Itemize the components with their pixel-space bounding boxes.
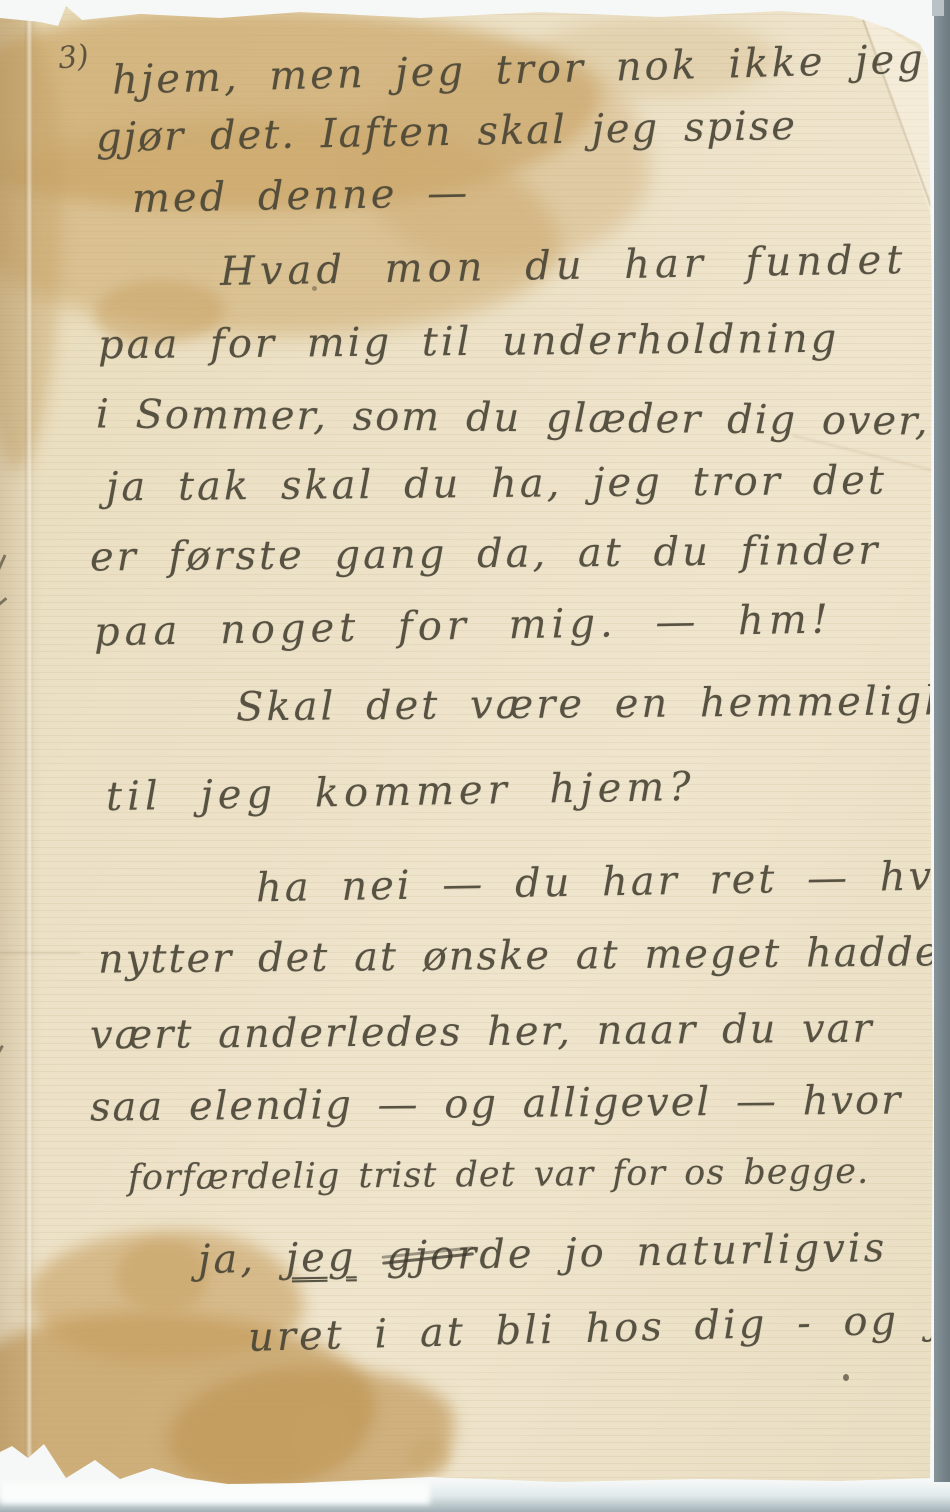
page-number: 3) bbox=[56, 38, 90, 76]
handwriting-line: paa for mig til underholdning bbox=[98, 319, 840, 365]
handwriting-line: i Sommer, som du glæder dig over, bbox=[96, 394, 930, 441]
scanner-bed-corner bbox=[932, 0, 944, 16]
handwriting-line: nytter det at ønske at meget hadde bbox=[98, 932, 941, 979]
scanner-bed-highlight bbox=[0, 1482, 430, 1504]
letter-page: 3) hjem, men jeg tror nok ikke jeg gjør … bbox=[0, 0, 936, 1492]
handwriting-line: forfærdelig trist det var for os begge. bbox=[128, 1155, 869, 1196]
handwriting-line: ha nei — du har ret — hvad bbox=[256, 856, 950, 909]
handwriting-line: ja tak skal du ha, jeg tror det bbox=[106, 461, 887, 508]
paper-stain-bottom-speck bbox=[408, 1438, 450, 1476]
left-edge-shadow bbox=[0, 0, 42, 1492]
scanned-letter-image: 3) hjem, men jeg tror nok ikke jeg gjør … bbox=[0, 0, 950, 1512]
handwriting-line: uret i at bli hos dig - og jeg bbox=[248, 1298, 950, 1358]
handwriting-line: med denne — bbox=[132, 173, 471, 219]
handwriting-line: Skal det være en hemmelighed bbox=[236, 681, 950, 728]
handwriting-line: gjør det. Iaften skal jeg spise bbox=[96, 106, 798, 158]
handwriting-word-overwritten: gjorde bbox=[386, 1234, 535, 1277]
vertical-fold-crease bbox=[25, 0, 33, 1492]
handwriting-word: jo naturligvis bbox=[564, 1225, 888, 1277]
handwriting-word-underlined: jeg bbox=[285, 1234, 356, 1281]
handwriting-line: saa elendig — og alligevel — hvor bbox=[90, 1080, 903, 1127]
scanner-bed-strip bbox=[934, 0, 950, 1512]
handwriting-word: ja, bbox=[198, 1236, 257, 1283]
paper-stain-bottom-left-3 bbox=[116, 1240, 208, 1312]
handwriting-line: vært anderledes her, naar du var bbox=[90, 1009, 874, 1056]
handwriting-line: paa noget for mig. — hm! bbox=[94, 600, 833, 653]
ink-dot bbox=[843, 1374, 849, 1381]
handwriting-line: Hvad mon du har fundet bbox=[220, 240, 908, 292]
handwriting-line-corrected: ja, jeg gjorde jo naturligvis bbox=[198, 1228, 888, 1280]
horizontal-crease bbox=[0, 952, 80, 954]
handwriting-line: er første gang da, at du finder bbox=[90, 531, 881, 578]
handwriting-line: til jeg kommer hjem? bbox=[106, 767, 696, 817]
